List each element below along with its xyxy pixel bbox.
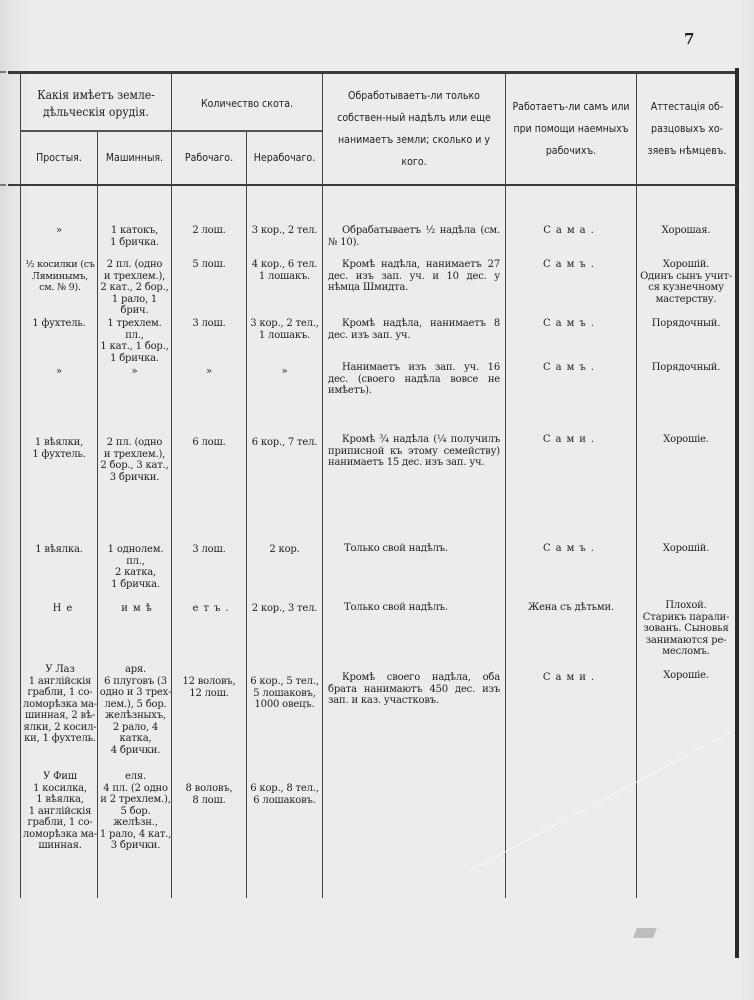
cell-labor: Сама. bbox=[506, 225, 636, 237]
cell-tools-simple: У Лаз 1 англійскія грабли, 1 со- ломорѣз… bbox=[21, 664, 99, 745]
column-divider bbox=[636, 74, 637, 898]
cell-attestation: Порядочный. bbox=[637, 362, 735, 374]
cell-livestock-working: етъ. bbox=[178, 603, 248, 615]
cell-livestock-working: » bbox=[172, 366, 246, 378]
cell-labor: Самъ. bbox=[506, 318, 636, 330]
cell-tools-machine: 2 пл. (одно и трехлем.), 2 кат., 2 бор.,… bbox=[98, 259, 171, 317]
cell-land: Кромѣ своего надѣла, оба брата нанимаютъ… bbox=[328, 672, 500, 707]
cell-tools-machine: 1 однолем. пл., 2 катка, 1 бричка. bbox=[98, 544, 173, 590]
cell-livestock-nonworking: » bbox=[247, 366, 322, 378]
cell-tools-simple: » bbox=[21, 366, 97, 378]
cell-attestation: Хорошіе. bbox=[637, 434, 735, 446]
cell-land: Кромѣ надѣла, нанимаетъ 8 дес. изъ зап. … bbox=[328, 318, 500, 341]
cell-livestock-nonworking: 3 кор., 2 тел. bbox=[247, 225, 322, 237]
cell-tools-simple: ½ косилки (съ Ляминымъ, см. № 9). bbox=[21, 259, 99, 294]
cell-tools-machine: » bbox=[98, 366, 171, 378]
cell-livestock-working: 8 воловъ, 8 лош. bbox=[172, 783, 246, 806]
cell-livestock-nonworking: 2 кор., 3 тел. bbox=[247, 603, 322, 615]
cell-tools-machine: аря. 6 плуговъ (3 одно и 3 трех- лем.), … bbox=[98, 664, 173, 756]
cell-tools-machine: 1 катокъ, 1 бричка. bbox=[98, 225, 171, 248]
cell-livestock-working: 3 лош. bbox=[172, 318, 246, 330]
cell-tools-simple: 1 вѣялки, 1 фухтель. bbox=[21, 437, 97, 460]
cell-livestock-nonworking: 4 кор., 6 тел. 1 лошакъ. bbox=[247, 259, 322, 282]
cell-attestation: Хорошіе. bbox=[637, 670, 735, 682]
cell-livestock-working: 5 лош. bbox=[172, 259, 246, 271]
table-top-rule bbox=[8, 71, 738, 74]
table-right-border bbox=[735, 68, 739, 958]
cell-tools-machine: 2 пл. (одно и трехлем.), 2 бор., 3 кат.,… bbox=[98, 437, 171, 483]
cell-tools-simple: » bbox=[21, 225, 97, 237]
cell-attestation: Хорошій. Одинъ сынъ учит- ся кузнечному … bbox=[637, 259, 735, 305]
cell-land: Кромѣ надѣла, нанимаетъ 27 дес. изъ зап.… bbox=[328, 259, 500, 294]
cell-labor: Самъ. bbox=[506, 362, 636, 374]
header-land: Обработываетъ-ли только собствен-ный над… bbox=[328, 76, 500, 182]
cell-tools-simple: Не bbox=[40, 603, 90, 615]
cell-livestock-working: 6 лош. bbox=[172, 437, 246, 449]
header-livestock-working: Рабочаго. bbox=[172, 132, 246, 184]
cell-labor: Самъ. bbox=[506, 543, 636, 555]
column-divider bbox=[505, 74, 506, 898]
header-tools-group: Какія имѣетъ земле-дѣльческія орудія. bbox=[24, 80, 168, 128]
cell-land: Только свой надѣлъ. bbox=[344, 543, 500, 555]
cell-labor: Жена съ дѣтьми. bbox=[506, 602, 636, 614]
cell-labor: Сами. bbox=[506, 672, 636, 684]
cell-livestock-nonworking: 3 кор., 2 тел., 1 лошакъ. bbox=[247, 318, 322, 341]
column-divider bbox=[322, 74, 323, 898]
header-bottom-rule bbox=[8, 184, 738, 186]
rule bbox=[0, 184, 6, 186]
header-livestock-nonworking: Нерабочаго. bbox=[247, 132, 322, 184]
cell-livestock-working: 2 лош. bbox=[172, 225, 246, 237]
header-labor: Работаетъ-ли самъ или при помощи наемных… bbox=[510, 76, 632, 182]
cell-labor: Самъ. bbox=[506, 259, 636, 271]
cell-attestation: Порядочный. bbox=[637, 318, 735, 330]
cell-tools-machine: имѣ bbox=[104, 603, 174, 615]
cell-tools-machine: 1 трехлем. пл., 1 кат., 1 бор., 1 бричка… bbox=[98, 318, 171, 364]
cell-attestation: Хорошій. bbox=[637, 543, 735, 555]
cell-land: Нанимаетъ изъ зап. уч. 16 дес. (своего н… bbox=[328, 362, 500, 397]
cell-tools-machine: еля. 4 пл. (2 одно и 2 трехлем.), 5 бор.… bbox=[98, 771, 173, 852]
header-tools-machine: Машинныя. bbox=[98, 132, 171, 184]
cell-livestock-nonworking: 6 кор., 5 тел., 5 лошаковъ, 1000 овецъ. bbox=[247, 676, 322, 711]
header-attestation: Аттестація об-разцовыхъ хо-зяевъ нѣмцевъ… bbox=[640, 76, 734, 182]
cell-livestock-working: 3 лош. bbox=[172, 544, 246, 556]
cell-land: Обрабатываетъ ½ надѣла (см. № 10). bbox=[328, 225, 500, 248]
cell-land: Только свой надѣлъ. bbox=[344, 602, 500, 614]
cell-land: Кромѣ ¾ надѣла (¼ получилъ приписной къ … bbox=[328, 434, 500, 469]
cell-tools-simple: У Фиш 1 косилка, 1 вѣялка, 1 англійскія … bbox=[21, 771, 99, 852]
cell-livestock-nonworking: 6 кор., 8 тел., 6 лошаковъ. bbox=[247, 783, 322, 806]
header-tools-simple: Простыя. bbox=[21, 132, 97, 184]
page-number: 7 bbox=[684, 30, 694, 48]
cell-livestock-nonworking: 6 кор., 7 тел. bbox=[247, 437, 322, 449]
cell-tools-simple: 1 фухтель. bbox=[21, 318, 97, 330]
cell-attestation: Хорошая. bbox=[637, 225, 735, 237]
rule bbox=[0, 71, 6, 73]
header-livestock-group: Количество скота. bbox=[172, 80, 322, 128]
cell-attestation: Плохой. Старикъ парали- зованъ. Сыновья … bbox=[637, 600, 735, 658]
paper-scrap bbox=[633, 928, 657, 938]
cell-livestock-nonworking: 2 кор. bbox=[247, 544, 322, 556]
cell-livestock-working: 12 воловъ, 12 лош. bbox=[172, 676, 246, 699]
cell-tools-simple: 1 вѣялка. bbox=[21, 544, 97, 556]
cell-labor: Сами. bbox=[506, 434, 636, 446]
